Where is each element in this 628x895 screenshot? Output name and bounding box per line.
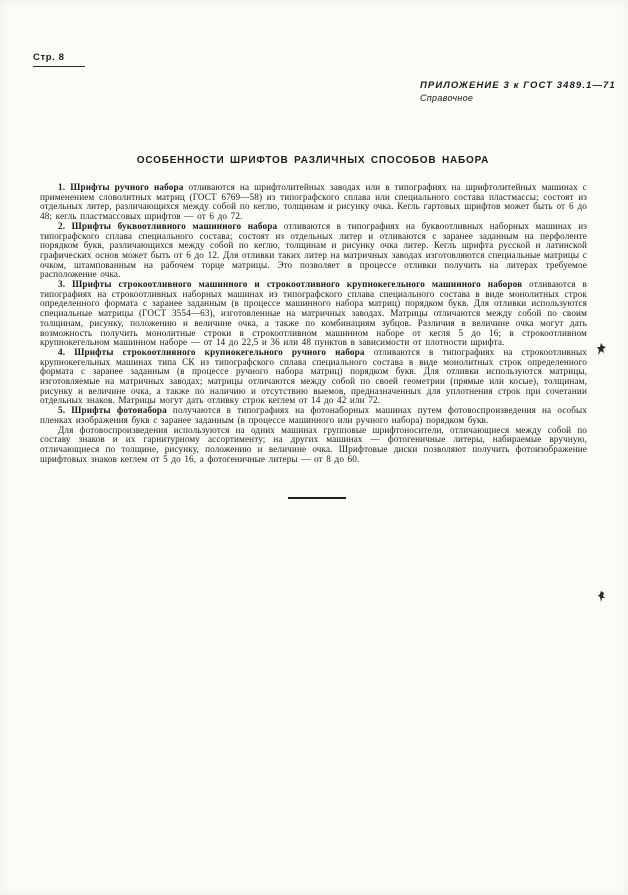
paragraph-6: Для фотовоспроизведения используются на … [40,426,587,465]
appendix-block: ПРИЛОЖЕНИЕ 3 к ГОСТ 3489.1—71 Справочное [420,80,620,103]
paragraph-4: 4. Шрифты строкоотливного крупнокегельно… [40,348,587,406]
appendix-note: Справочное [420,93,620,103]
paragraph-3: 3. Шрифты строкоотливного машинного и ст… [40,280,587,348]
ink-speck [598,591,605,602]
paragraph-4-lead: 4. Шрифты строкоотливного крупнокегельно… [58,347,365,357]
paragraph-1-lead: 1. Шрифты ручного набора [58,182,184,192]
document-page: Стр. 8 ПРИЛОЖЕНИЕ 3 к ГОСТ 3489.1—71 Спр… [0,0,628,895]
page-number-label: Стр. 8 [33,52,64,63]
document-body: 1. Шрифты ручного набора отливаются на ш… [40,183,587,464]
paragraph-3-text: отливаются в типографиях на строкоотливн… [40,279,587,347]
paragraph-2-text: отливаются в типографиях на буквоотливны… [40,221,587,280]
paragraph-1: 1. Шрифты ручного набора отливаются на ш… [40,183,587,222]
paragraph-5-lead: 5. Шрифты фотонабора [58,405,167,415]
page-number: Стр. 8 [33,52,85,67]
appendix-title: ПРИЛОЖЕНИЕ 3 к ГОСТ 3489.1—71 [420,80,620,91]
paragraph-4-text: отливаются в типографиях на строкоотливн… [40,347,587,406]
paragraph-6-text: Для фотовоспроизведения используются на … [40,425,587,464]
paragraph-5: 5. Шрифты фотонабора получаются в типогр… [40,406,587,425]
paragraph-2: 2. Шрифты буквоотливного машинного набор… [40,222,587,280]
document-title: ОСОБЕННОСТИ ШРИФТОВ РАЗЛИЧНЫХ СПОСОБОВ Н… [40,155,586,166]
paragraph-3-lead: 3. Шрифты строкоотливного машинного и ст… [58,279,522,289]
end-divider [288,497,346,499]
ink-speck [597,343,606,356]
paragraph-2-lead: 2. Шрифты буквоотливного машинного набор… [58,221,277,231]
